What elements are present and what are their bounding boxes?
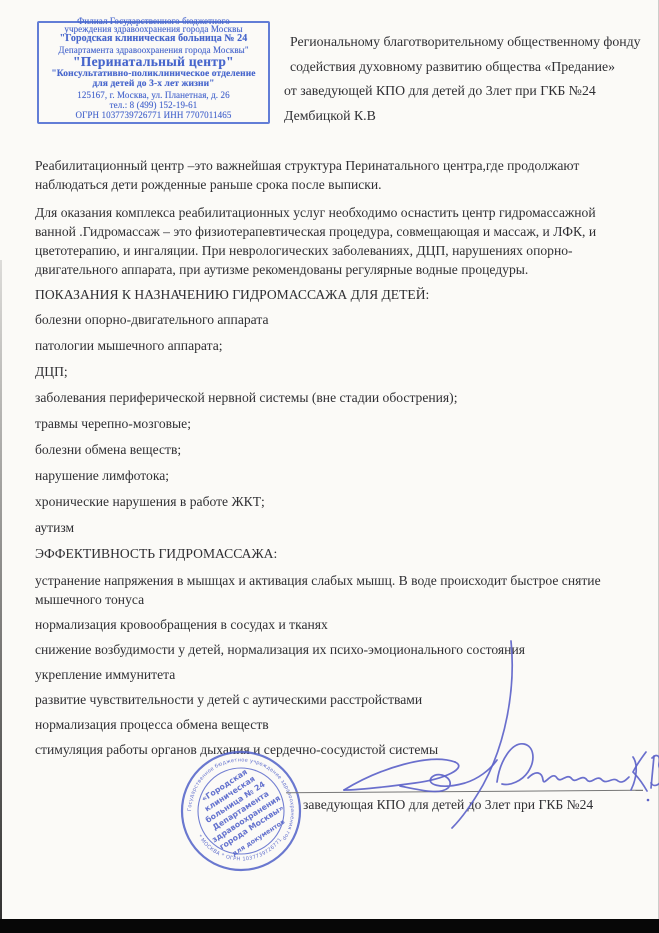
section-heading-effects: ЭФФЕКТИВНОСТЬ ГИДРОМАССАЖА: <box>35 544 623 563</box>
recipient-line: от заведующей КПО для детей до 3лет при … <box>284 79 656 104</box>
header-stamp: Филиал Государственного бюджетного учреж… <box>37 21 270 124</box>
sender-name: Дембицкой К.В <box>284 104 656 129</box>
stamp-line: "Консультативно-поликлиническое отделени… <box>39 69 268 80</box>
recipient-line: содействия духовному развитию общества «… <box>284 55 656 80</box>
list-item: хронические нарушения в работе ЖКТ; <box>35 492 623 511</box>
scan-edge-bottom <box>0 919 659 933</box>
scan-edge-left <box>0 260 2 919</box>
signature-stroke <box>651 756 654 788</box>
signature-stroke <box>528 773 629 782</box>
stamp-line: Департамента здравоохранения города Моск… <box>39 45 268 55</box>
signature-stroke <box>452 641 512 828</box>
list-item: ДЦП; <box>35 362 623 381</box>
stamp-line: Филиал Государственного бюджетного <box>39 16 268 26</box>
scanned-letter-page: Филиал Государственного бюджетного учреж… <box>0 0 659 933</box>
stamp-line: "Городская клиническая больница № 24 <box>39 34 268 45</box>
paragraph-intro: Реабилитационный центр –это важнейшая ст… <box>35 156 623 194</box>
stamp-phone: тел.: 8 (499) 152-19-61 <box>39 100 268 110</box>
stamp-address: 125167, г. Москва, ул. Планетная, д. 26 <box>39 90 268 100</box>
signature-dot <box>647 799 650 802</box>
stamp-ogrn-inn: ОГРН 1037739726771 ИНН 7707011465 <box>39 110 268 121</box>
list-item: нарушение лимфотока; <box>35 466 623 485</box>
recipient-block: Региональному благотворительному обществ… <box>284 30 656 128</box>
list-item: аутизм <box>35 518 623 537</box>
list-item: устранение напряжения в мышцах и активац… <box>35 571 623 609</box>
list-item: болезни обмена веществ; <box>35 440 623 459</box>
section-heading-indications: ПОКАЗАНИЯ К НАЗНАЧЕНИЮ ГИДРОМАССАЖА ДЛЯ … <box>35 285 623 304</box>
stamp-org-title: "Перинатальный центр" <box>39 55 268 69</box>
recipient-line: Региональному благотворительному обществ… <box>284 30 656 55</box>
round-stamp: Государственное бюджетное учреждение здр… <box>176 749 306 875</box>
list-item: патологии мышечного аппарата; <box>35 336 623 355</box>
list-item: болезни опорно-двигательного аппарата <box>35 310 623 329</box>
list-item: травмы черепно-мозговые; <box>35 414 623 433</box>
signature <box>335 632 659 832</box>
stamp-line: для детей до 3-х лет жизни" <box>39 79 268 90</box>
signature-stroke <box>633 752 647 791</box>
paragraph-request: Для оказания комплекса реабилитационных … <box>35 203 623 279</box>
list-item: заболевания периферической нервной систе… <box>35 388 623 407</box>
